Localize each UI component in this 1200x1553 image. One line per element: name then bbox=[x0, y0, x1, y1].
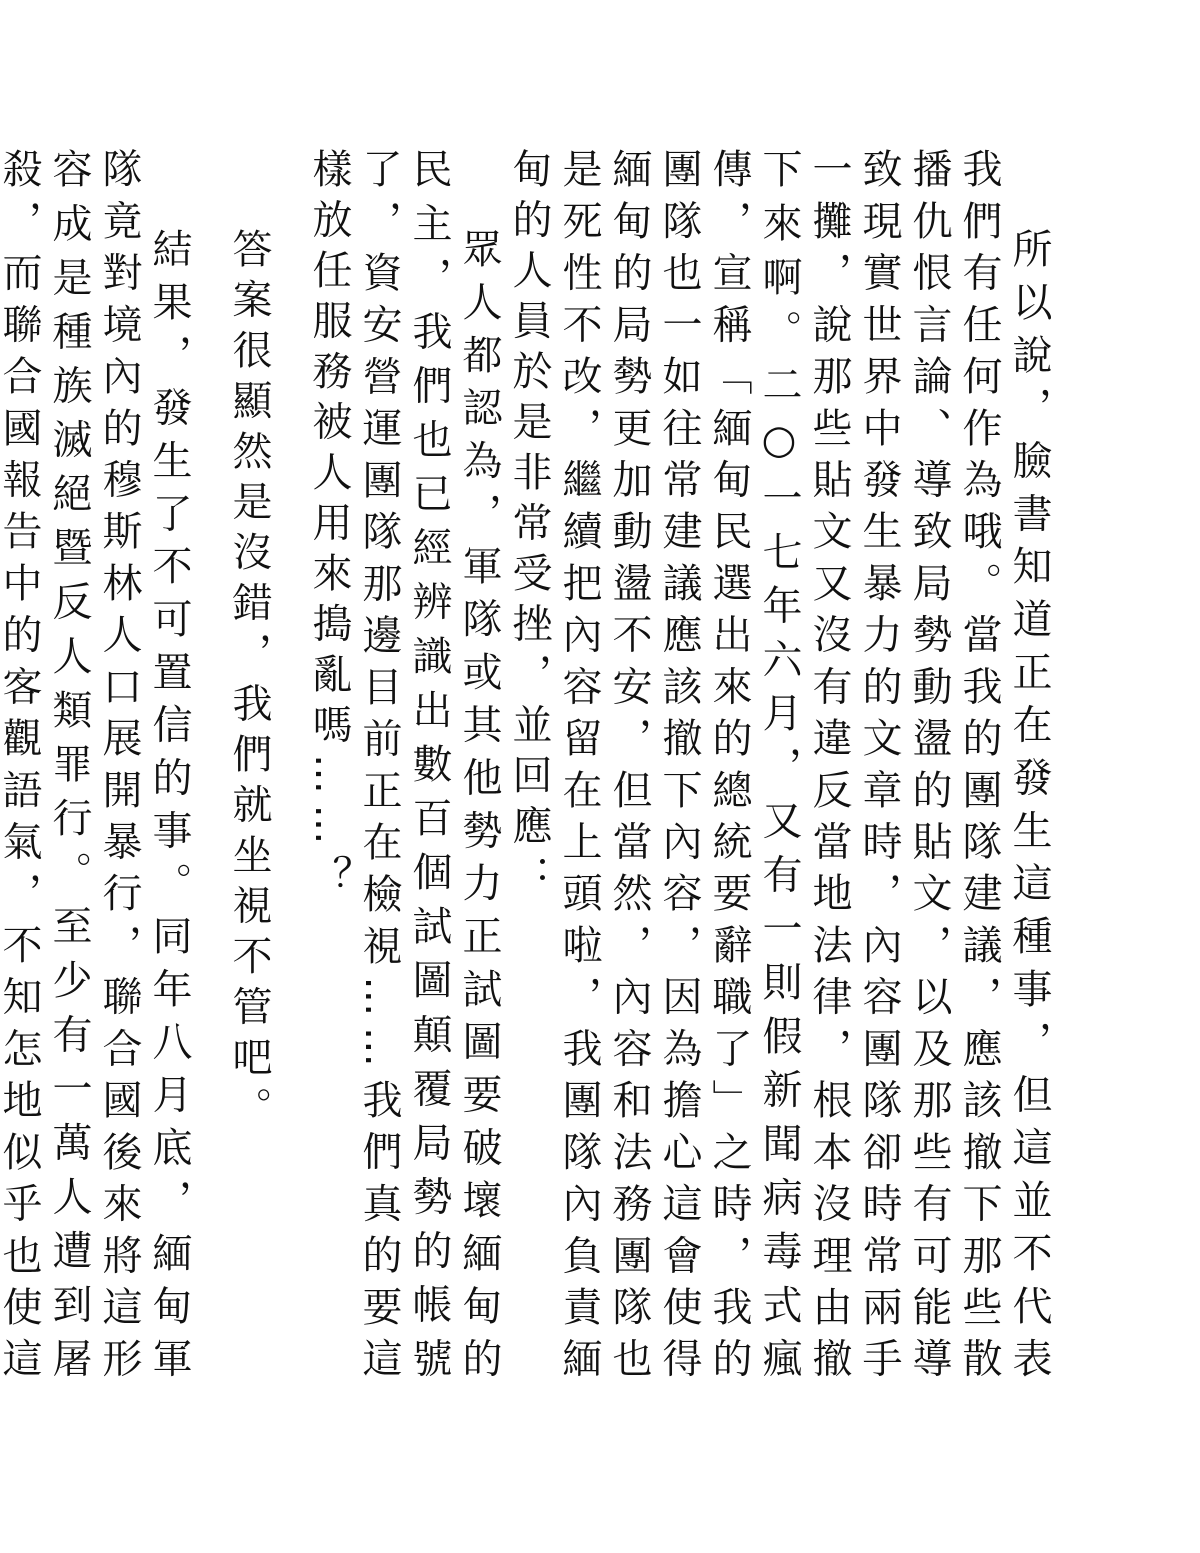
document-page: 所以說，臉書知道正在發生這種事，但這並不代表我們有任何作為哦。當我的團隊建議，應… bbox=[0, 0, 1200, 1553]
paragraph-team-response-quote: 眾人都認為，軍隊或其他勢力正試圖要破壞緬甸的民主，我們也已經辨識出數百個試圖顛覆… bbox=[304, 148, 504, 1388]
paragraph-facebook-inaction: 所以說，臉書知道正在發生這種事，但這並不代表我們有任何作為哦。當我的團隊建議，應… bbox=[504, 148, 1054, 1388]
paragraph-outcome: 結果，發生了不可置信的事。同年八月底，緬甸軍隊竟對境內的穆斯林人口展開暴行，聯合… bbox=[0, 148, 194, 1388]
paragraph-answer: 答案很顯然是沒錯，我們就坐視不管吧。 bbox=[224, 148, 274, 1388]
vertical-text-body: 所以說，臉書知道正在發生這種事，但這並不代表我們有任何作為哦。當我的團隊建議，應… bbox=[144, 148, 1054, 1388]
